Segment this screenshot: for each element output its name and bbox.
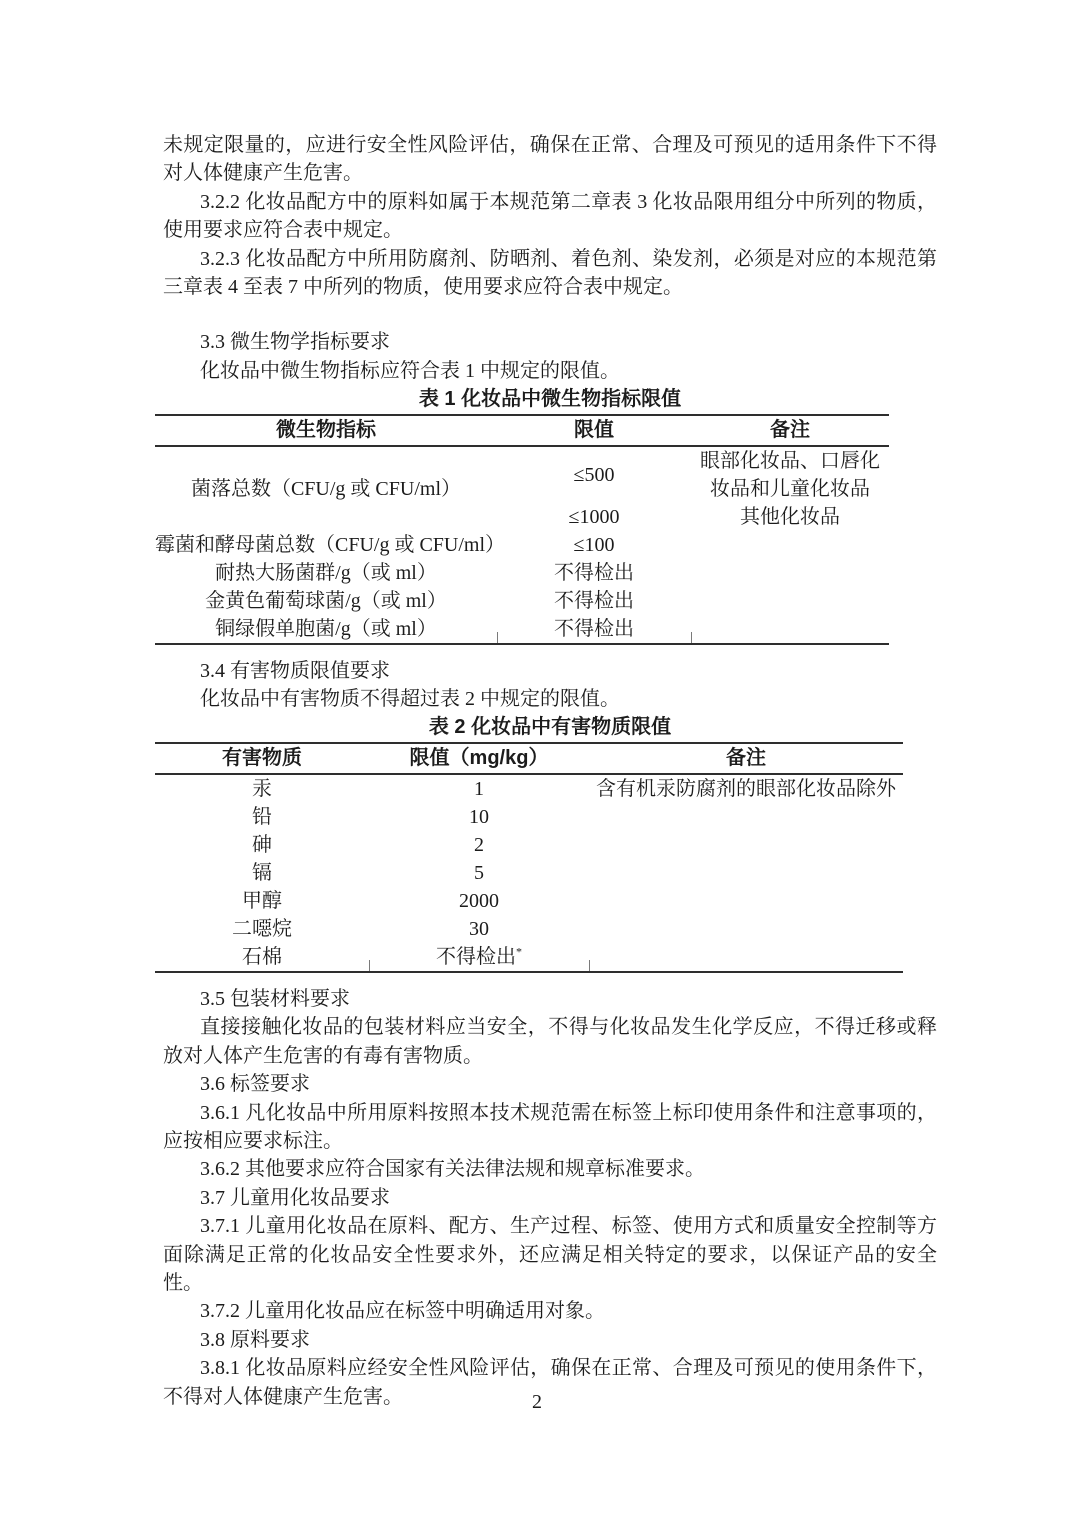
limit-cell: 30 [369,915,589,943]
table-row: 甲醇 2000 [155,887,903,915]
indicator-cell: 金黄色葡萄球菌/g（或 ml） [155,587,497,615]
section-intro-3-4: 化妆品中有害物质不得超过表 2 中规定的限值。 [163,685,937,713]
limit-value: 不得检出 [436,946,516,968]
substance-cell: 甲醇 [155,887,369,915]
note-cell [589,915,903,943]
note-cell [691,531,889,559]
table-row: 汞 1 含有机汞防腐剂的眼部化妆品除外 [155,774,903,803]
note-cell: 其他化妆品 [691,503,889,531]
substance-cell: 铅 [155,803,369,831]
section-heading-3-5: 3.5 包装材料要求 [163,985,937,1013]
limit-cell: ≤100 [497,531,691,559]
note-cell [589,887,903,915]
table2-header-substance: 有害物质 [155,743,369,774]
page-number: 2 [0,1388,1074,1416]
paragraph-3-6-2: 3.6.2 其他要求应符合国家有关法律法规和规章标准要求。 [163,1155,937,1183]
table2-header-row: 有害物质 限值（mg/kg） 备注 [155,743,903,774]
note-cell [691,615,889,644]
table-row: 镉 5 [155,859,903,887]
section-intro-3-3: 化妆品中微生物指标应符合表 1 中规定的限值。 [163,357,937,385]
table-row: 霉菌和酵母菌总数（CFU/g 或 CFU/ml） ≤100 [155,531,889,559]
table1-column-tick [691,632,692,643]
paragraph-3-7-2: 3.7.2 儿童用化妆品应在标签中明确适用对象。 [163,1297,937,1325]
note-cell [589,831,903,859]
substance-cell: 镉 [155,859,369,887]
table2-header-note: 备注 [589,743,903,774]
table-row: 二噁烷 30 [155,915,903,943]
limit-cell: 不得检出 [497,587,691,615]
section-heading-3-3: 3.3 微生物学指标要求 [163,328,937,356]
table2-column-tick [589,960,590,971]
table1-wrapper: 微生物指标 限值 备注 菌落总数（CFU/g 或 CFU/ml） ≤500 眼部… [163,414,937,645]
table1-header-limit: 限值 [497,415,691,446]
table1-header-indicator: 微生物指标 [155,415,497,446]
table-row: 菌落总数（CFU/g 或 CFU/ml） ≤500 眼部化妆品、口唇化妆品和儿童… [155,446,889,503]
note-cell [691,587,889,615]
indicator-cell: 铜绿假单胞菌/g（或 ml） [155,615,497,644]
table2-column-tick [369,960,370,971]
section-heading-3-8: 3.8 原料要求 [163,1326,937,1354]
asterisk-footnote-marker: * [516,944,522,958]
section-heading-3-4: 3.4 有害物质限值要求 [163,657,937,685]
substance-cell: 石棉 [155,943,369,972]
paragraph-3-2-2: 3.2.2 化妆品配方中的原料如属于本规范第二章表 3 化妆品限用组分中所列的物… [163,188,937,245]
limit-cell: ≤500 [497,446,691,503]
table-row: 耐热大肠菌群/g（或 ml） 不得检出 [155,559,889,587]
indicator-cell: 霉菌和酵母菌总数（CFU/g 或 CFU/ml） [155,531,497,559]
note-cell [589,803,903,831]
limit-cell: 2000 [369,887,589,915]
table1-header-row: 微生物指标 限值 备注 [155,415,889,446]
limit-cell: 2 [369,831,589,859]
limit-cell: 不得检出 [497,559,691,587]
paragraph-3-5: 直接接触化妆品的包装材料应当安全，不得与化妆品发生化学反应，不得迁移或释放对人体… [163,1013,937,1070]
table2-wrapper: 有害物质 限值（mg/kg） 备注 汞 1 含有机汞防腐剂的眼部化妆品除外 铅 … [163,742,937,973]
table2-header-limit: 限值（mg/kg） [369,743,589,774]
substance-cell: 汞 [155,774,369,803]
table-row: 石棉 不得检出* [155,943,903,972]
limit-cell: 5 [369,859,589,887]
paragraph-continuation: 未规定限量的，应进行安全性风险评估，确保在正常、合理及可预见的适用条件下不得对人… [163,131,937,188]
note-cell [589,859,903,887]
limit-cell: ≤1000 [497,503,691,531]
table-row: 铜绿假单胞菌/g（或 ml） 不得检出 [155,615,889,644]
limit-cell: 不得检出* [369,943,589,972]
table1-header-note: 备注 [691,415,889,446]
page-content: 未规定限量的，应进行安全性风险评估，确保在正常、合理及可预见的适用条件下不得对人… [163,131,937,1411]
indicator-cell: 耐热大肠菌群/g（或 ml） [155,559,497,587]
table1-column-tick [497,632,498,643]
limit-cell: 不得检出 [497,615,691,644]
table-row: 砷 2 [155,831,903,859]
substance-cell: 砷 [155,831,369,859]
note-cell [691,559,889,587]
paragraph-3-6-1: 3.6.1 凡化妆品中所用原料按照本技术规范需在标签上标印使用条件和注意事项的，… [163,1099,937,1156]
limit-cell: 10 [369,803,589,831]
substance-cell: 二噁烷 [155,915,369,943]
table-row: 金黄色葡萄球菌/g（或 ml） 不得检出 [155,587,889,615]
note-cell: 含有机汞防腐剂的眼部化妆品除外 [589,774,903,803]
table-harmful-substances: 有害物质 限值（mg/kg） 备注 汞 1 含有机汞防腐剂的眼部化妆品除外 铅 … [155,742,903,973]
paragraph-3-7-1: 3.7.1 儿童用化妆品在原料、配方、生产过程、标签、使用方式和质量安全控制等方… [163,1212,937,1297]
note-cell: 眼部化妆品、口唇化妆品和儿童化妆品 [691,446,889,503]
paragraph-3-2-3: 3.2.3 化妆品配方中所用防腐剂、防晒剂、着色剂、染发剂，必须是对应的本规范第… [163,245,937,302]
section-heading-3-6: 3.6 标签要求 [163,1070,937,1098]
table-microbial-limits: 微生物指标 限值 备注 菌落总数（CFU/g 或 CFU/ml） ≤500 眼部… [155,414,889,645]
document-page: 未规定限量的，应进行安全性风险评估，确保在正常、合理及可预见的适用条件下不得对人… [0,0,1074,1520]
table1-title: 表 1 化妆品中微生物指标限值 [163,385,937,413]
section-heading-3-7: 3.7 儿童用化妆品要求 [163,1184,937,1212]
table2-title: 表 2 化妆品中有害物质限值 [163,713,937,741]
limit-cell: 1 [369,774,589,803]
table-row: 铅 10 [155,803,903,831]
note-cell [589,943,903,972]
indicator-cell: 菌落总数（CFU/g 或 CFU/ml） [155,446,497,531]
